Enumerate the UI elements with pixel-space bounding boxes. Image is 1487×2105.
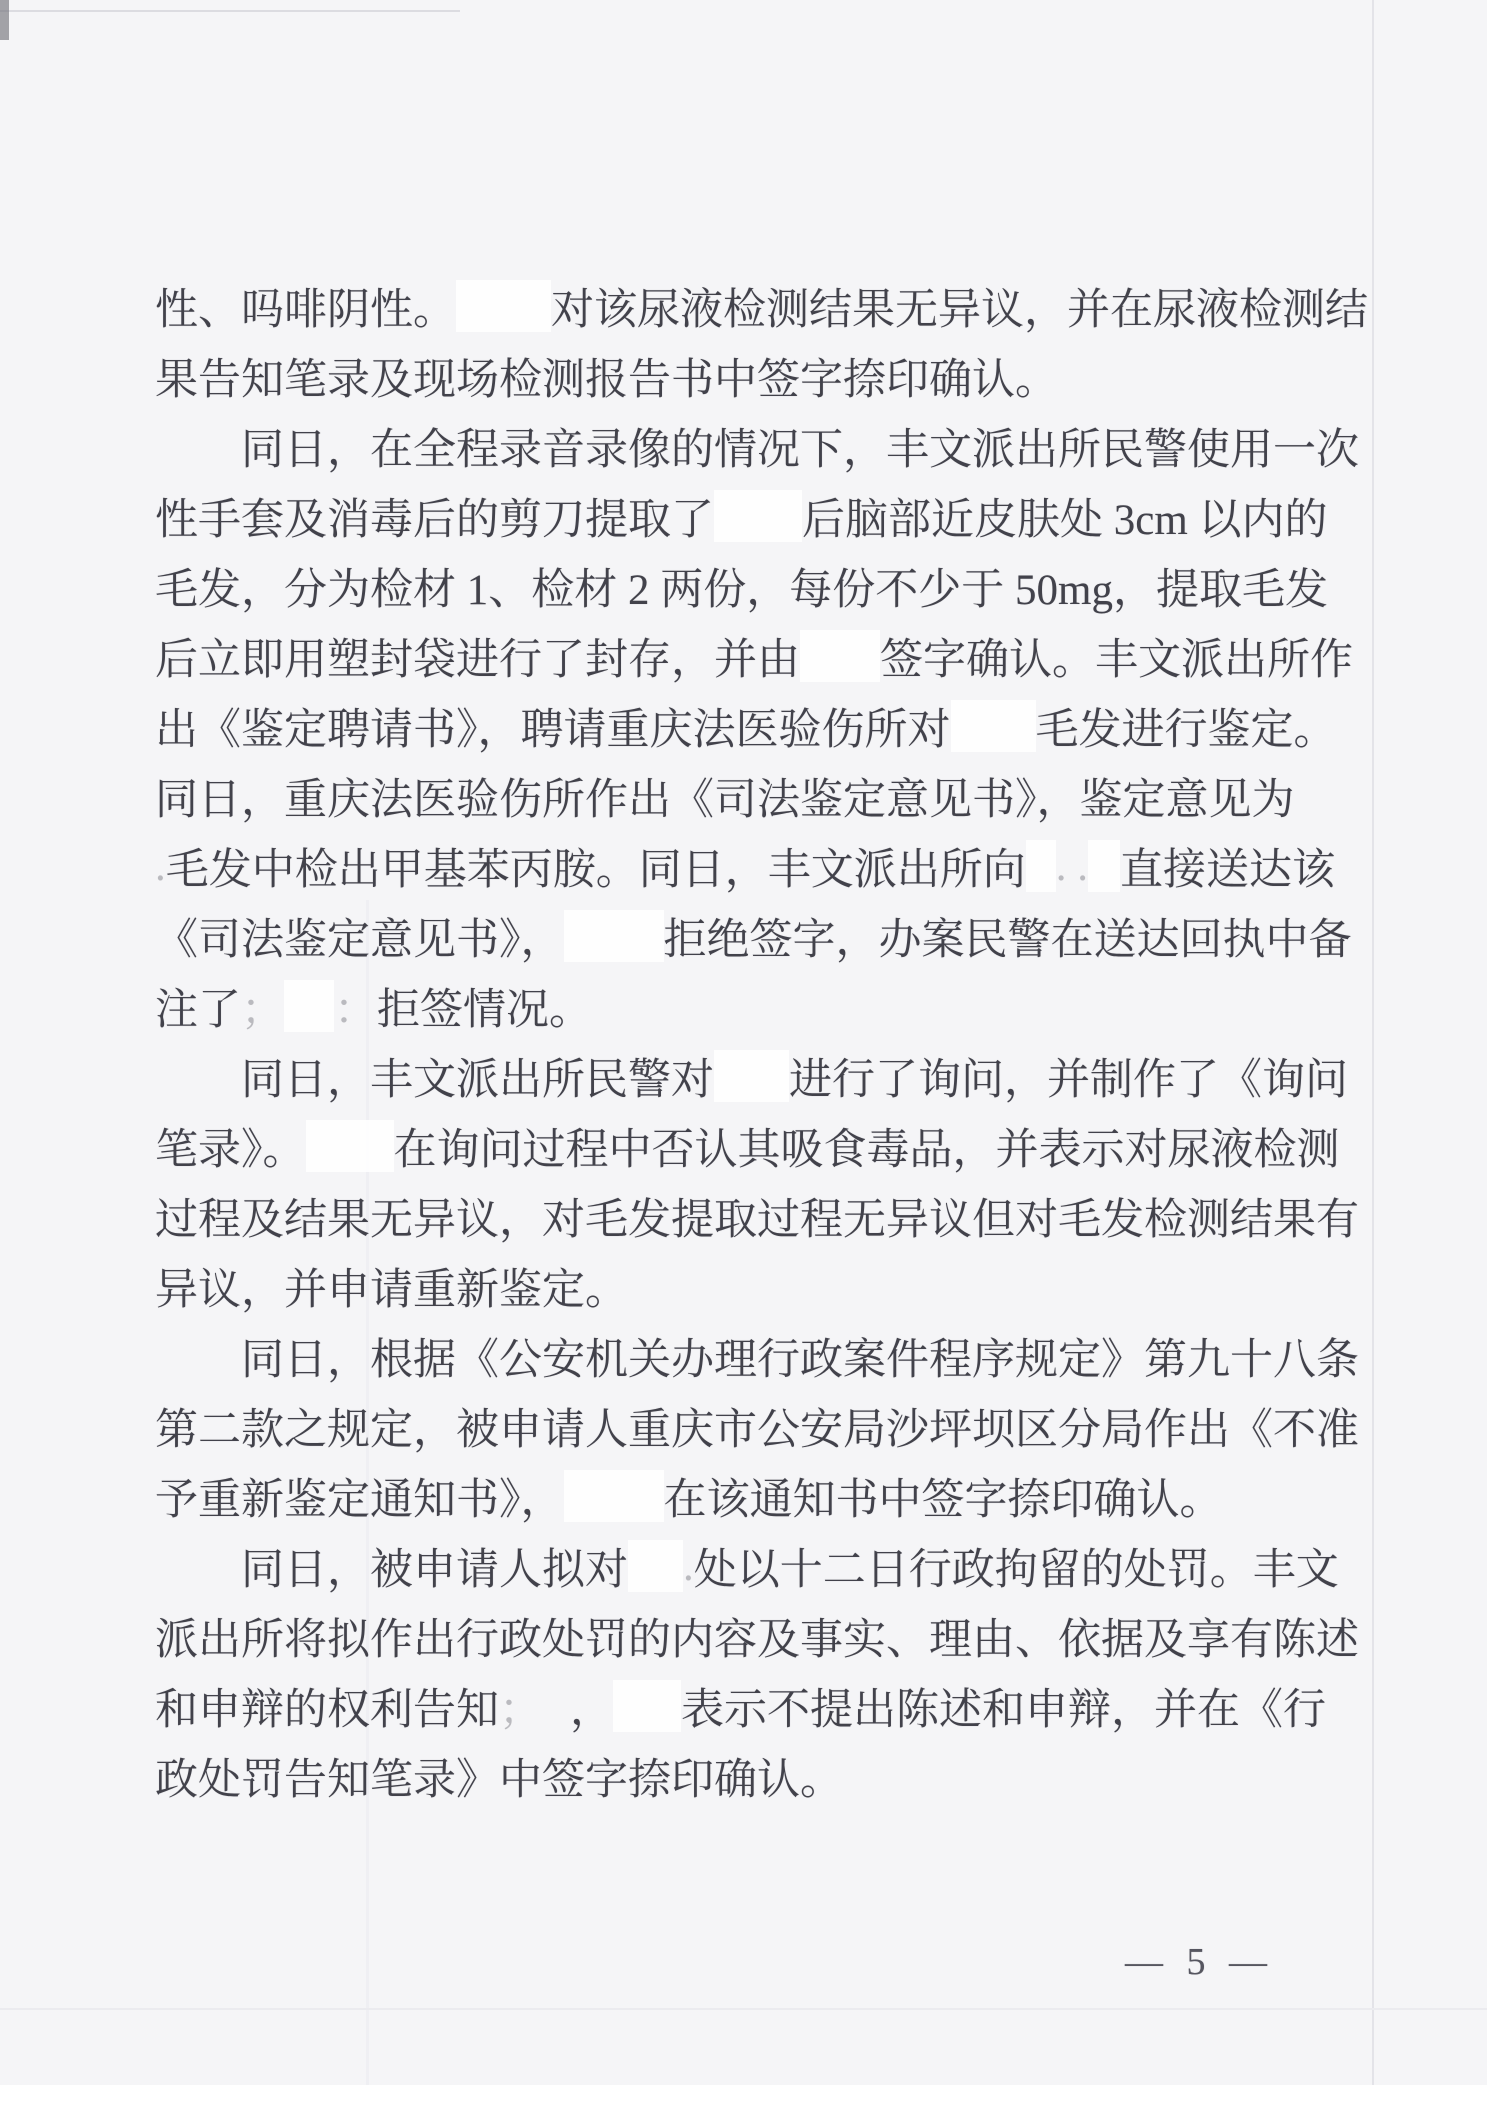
text-line: 毛发，分为检材 1、检材 2 两份，每份不少于 50mg，提取毛发 [155,551,1405,621]
text-segment: 直接送达该 [1120,836,1335,897]
faint-mark: ； [499,1676,542,1737]
document-text: 性、吗啡阴性。对该尿液检测结果无异议，并在尿液检测结果告知笔录及现场检测报告书中… [155,271,1405,1811]
text-segment: 性、吗啡阴性。 [155,276,456,337]
page-number: — 5 — [1125,1940,1274,1984]
redaction-gap [714,490,802,542]
text-line: .毛发中检出甲基苯丙胺。同日，丰文派出所向. .直接送达该 [155,831,1405,901]
text-line: 和申辩的权利告知；，表示不提出陈述和申辩，并在《行 [155,1671,1405,1741]
text-line: 笔录》。在询问过程中否认其吸食毒品，并表示对尿液检测 [155,1111,1405,1181]
text-segment: 同日，重庆法医验伤所作出《司法鉴定意见书》，鉴定意见为 [155,766,1295,827]
text-segment: 拒签情况。 [377,976,592,1037]
text-line: 果告知笔录及现场检测报告书中签字捺印确认。 [155,341,1405,411]
redaction-gap [800,630,880,682]
scan-artifact-corner-smudge [0,0,9,40]
text-segment: 毛发中检出甲基苯丙胺。同日，丰文派出所向 [166,836,1026,897]
text-segment: 在询问过程中否认其吸食毒品，并表示对尿液检测 [394,1116,1340,1177]
redaction-gap [564,1470,664,1522]
text-segment: 政处罚告知笔录》中签字捺印确认。 [155,1746,843,1807]
redaction-gap [564,910,664,962]
faint-mark: ： [334,976,377,1037]
scan-artifact-top-line [0,10,460,12]
text-segment: 注了 [155,976,241,1037]
text-line: 后立即用塑封袋进行了封存，并由签字确认。丰文派出所作 [155,621,1405,691]
text-segment: 处以十二日行政拘留的处罚。丰文 [694,1536,1339,1597]
text-line: 予重新鉴定通知书》，在该通知书中签字捺印确认。 [155,1461,1405,1531]
text-segment: 《司法鉴定意见书》， [155,906,564,967]
text-segment: 异议，并申请重新鉴定。 [155,1256,628,1317]
text-line: 派出所将拟作出行政处罚的内容及事实、理由、依据及享有陈述 [155,1601,1405,1671]
text-segment: 第二款之规定，被申请人重庆市公安局沙坪坝区分局作出《不准 [155,1396,1359,1457]
text-segment: 对该尿液检测结果无异议，并在尿液检测结 [551,276,1368,337]
redaction-gap [542,1680,570,1732]
redaction-gap [1026,840,1056,892]
redaction-gap [951,700,1036,752]
text-line: 性、吗啡阴性。对该尿液检测结果无异议，并在尿液检测结 [155,271,1405,341]
text-segment: 果告知笔录及现场检测报告书中签字捺印确认。 [155,346,1058,407]
text-segment: 毛发进行鉴定。 [1036,696,1337,757]
text-segment: 笔录》。 [155,1116,306,1177]
text-segment: 后立即用塑封袋进行了封存，并由 [155,626,800,687]
redaction-gap [714,1050,789,1102]
text-segment: 同日，被申请人拟对 [241,1536,628,1597]
text-line: 同日，丰文派出所民警对进行了询问，并制作了《询问 [155,1041,1405,1111]
faint-mark: . . [1056,842,1088,891]
text-segment: 和申辩的权利告知 [155,1676,499,1737]
text-segment: 签字确认。丰文派出所作 [880,626,1353,687]
text-segment: 拒绝签字，办案民警在送达回执中备 [664,906,1352,967]
text-segment: 进行了询问，并制作了《询问 [789,1046,1348,1107]
redaction-gap [306,1120,394,1172]
text-segment: 性手套及消毒后的剪刀提取了 [155,486,714,547]
text-segment: 毛发，分为检材 1、检材 2 两份，每份不少于 50mg，提取毛发 [155,556,1328,617]
text-line: 过程及结果无异议，对毛发提取过程无异议但对毛发检测结果有 [155,1181,1405,1251]
faint-mark: . [683,1542,694,1591]
text-line: 第二款之规定，被申请人重庆市公安局沙坪坝区分局作出《不准 [155,1391,1405,1461]
text-segment: 过程及结果无异议，对毛发提取过程无异议但对毛发检测结果有 [155,1186,1359,1247]
text-line: 同日，重庆法医验伤所作出《司法鉴定意见书》，鉴定意见为 [155,761,1405,831]
faint-mark: ； [241,976,284,1037]
text-segment: 出《鉴定聘请书》，聘请重庆法医验伤所对 [155,696,951,757]
scan-edge-bottom [0,2085,1487,2105]
redaction-gap [628,1540,683,1592]
text-segment: 后脑部近皮肤处 3cm 以内的 [802,486,1328,547]
text-line: 《司法鉴定意见书》，拒绝签字，办案民警在送达回执中备 [155,901,1405,971]
text-line: 同日，被申请人拟对.处以十二日行政拘留的处罚。丰文 [155,1531,1405,1601]
text-line: 同日，在全程录音录像的情况下，丰文派出所民警使用一次 [155,411,1405,481]
text-segment: 予重新鉴定通知书》， [155,1466,564,1527]
text-segment: 同日，根据《公安机关办理行政案件程序规定》第九十八条 [241,1326,1359,1387]
scanned-page: 性、吗啡阴性。对该尿液检测结果无异议，并在尿液检测结果告知笔录及现场检测报告书中… [0,0,1487,2105]
redaction-gap [613,1680,681,1732]
text-line: 注了；：拒签情况。 [155,971,1405,1041]
redaction-gap [1088,840,1120,892]
text-segment: 派出所将拟作出行政处罚的内容及事实、理由、依据及享有陈述 [155,1606,1359,1667]
scan-artifact-horizontal-line [0,2008,1487,2010]
text-segment: ， [570,1676,613,1737]
text-segment: 表示不提出陈述和申辩，并在《行 [681,1676,1326,1737]
text-line: 政处罚告知笔录》中签字捺印确认。 [155,1741,1405,1811]
text-line: 异议，并申请重新鉴定。 [155,1251,1405,1321]
redaction-gap [456,280,551,332]
text-segment: 在该通知书中签字捺印确认。 [664,1466,1223,1527]
faint-mark: . [155,842,166,891]
redaction-gap [284,980,334,1032]
text-line: 同日，根据《公安机关办理行政案件程序规定》第九十八条 [155,1321,1405,1391]
text-line: 出《鉴定聘请书》，聘请重庆法医验伤所对毛发进行鉴定。 [155,691,1405,761]
text-segment: 同日，丰文派出所民警对 [241,1046,714,1107]
text-segment: 同日，在全程录音录像的情况下，丰文派出所民警使用一次 [241,416,1359,477]
text-line: 性手套及消毒后的剪刀提取了后脑部近皮肤处 3cm 以内的 [155,481,1405,551]
